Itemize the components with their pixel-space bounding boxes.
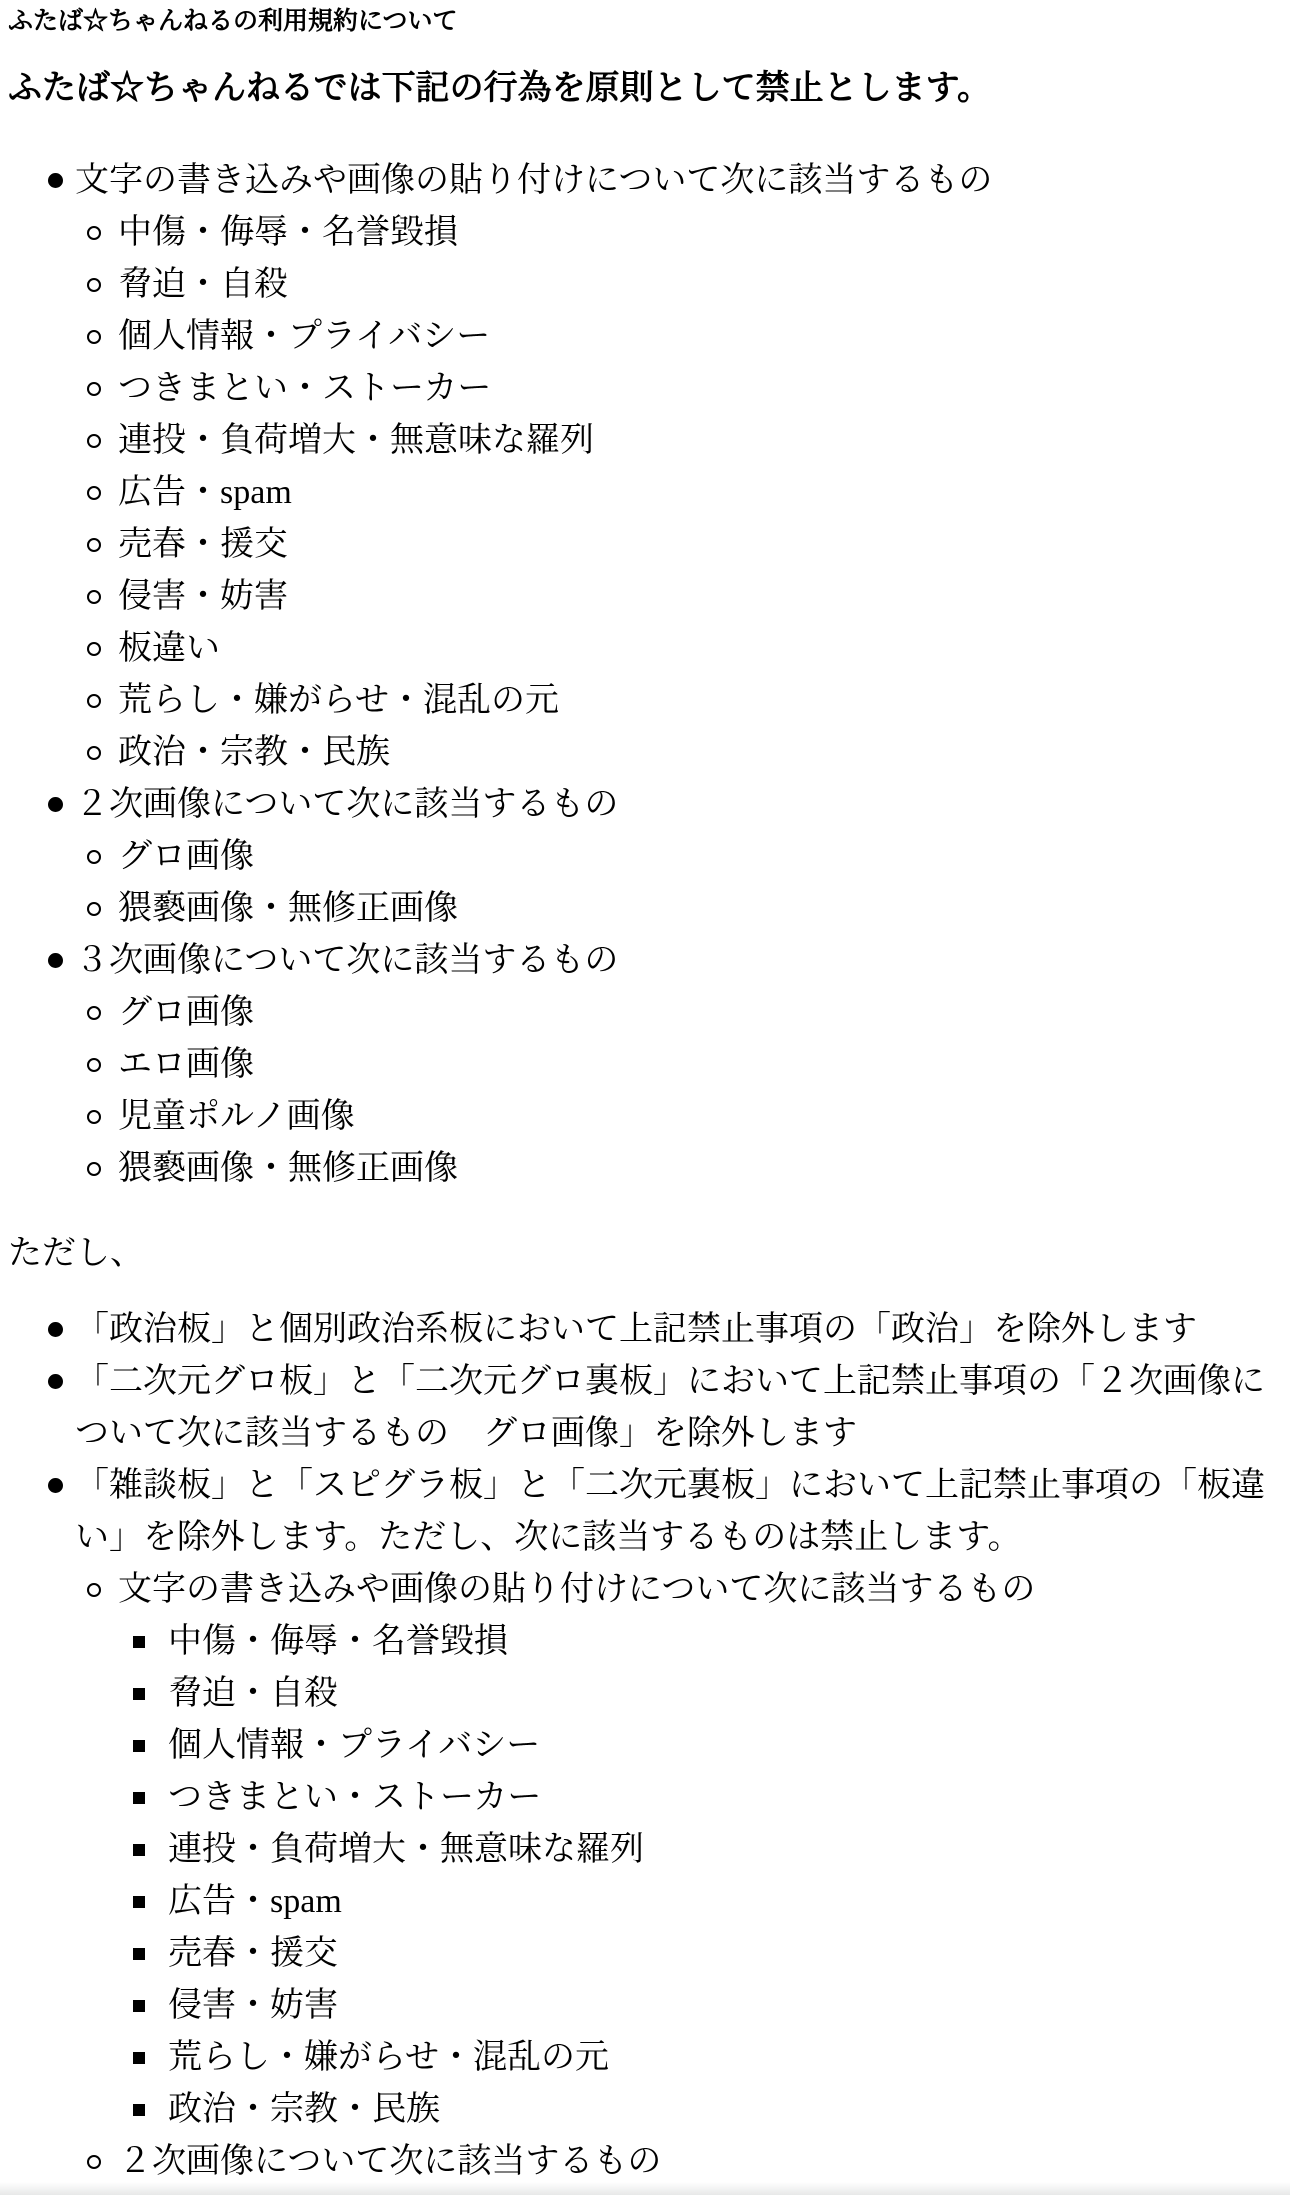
list-item: 文字の書き込みや画像の貼り付けについて次に該当するもの 中傷・侮辱・名誉毀損 脅…	[118, 1564, 1282, 2136]
list-item: グロ画像	[118, 831, 1282, 883]
list-item: 「雑談板」と「スピグラ板」と「二次元裏板」において上記禁止事項の「板違い」を除外…	[75, 1460, 1282, 2188]
list-item: 売春・援交	[168, 1928, 1282, 1980]
list-item: 中傷・侮辱・名誉毀損	[168, 1616, 1282, 1668]
interlude-text: ただし、	[8, 1228, 1282, 1280]
sanji-image-sublist: グロ画像 エロ画像 児童ポルノ画像 猥褻画像・無修正画像	[75, 987, 1282, 1195]
text-image-sublist: 中傷・侮辱・名誉毀損 脅迫・自殺 個人情報・プライバシー つきまとい・ストーカー…	[75, 207, 1282, 779]
list-item: 「二次元グロ板」と「二次元グロ裏板」において上記禁止事項の「２次画像について次に…	[75, 1356, 1282, 1460]
list-item: グロ画像	[118, 987, 1282, 1039]
list-item: 中傷・侮辱・名誉毀損	[118, 207, 1282, 259]
list-item: 政治・宗教・民族	[168, 2084, 1282, 2136]
list-item: 連投・負荷増大・無意味な羅列	[168, 1824, 1282, 1876]
exceptions-list: 「政治板」と個別政治系板において上記禁止事項の「政治」を除外します 「二次元グロ…	[8, 1304, 1282, 2188]
list-item: 板違い	[118, 623, 1282, 675]
list-item-text: 文字の書き込みや画像の貼り付けについて次に該当するもの	[118, 1571, 1035, 1608]
list-item: つきまとい・ストーカー	[118, 363, 1282, 415]
list-item: 荒らし・嫌がらせ・混乱の元	[118, 675, 1282, 727]
list-item: 脅迫・自殺	[118, 259, 1282, 311]
list-item: 児童ポルノ画像	[118, 1091, 1282, 1143]
list-item: 猥褻画像・無修正画像	[118, 883, 1282, 935]
list-item: 広告・spam	[168, 1876, 1282, 1928]
list-item: 脅迫・自殺	[168, 1668, 1282, 1720]
list-item: ３次画像について次に該当するもの グロ画像 エロ画像 児童ポルノ画像 猥褻画像・…	[75, 935, 1282, 1195]
exception-text-image-sublist: 中傷・侮辱・名誉毀損 脅迫・自殺 個人情報・プライバシー つきまとい・ストーカー…	[118, 1616, 1282, 2136]
list-item: 侵害・妨害	[168, 1980, 1282, 2032]
page-title: ふたば☆ちゃんねるの利用規約について	[8, 4, 1282, 40]
list-item: 政治・宗教・民族	[118, 727, 1282, 779]
list-item: 連投・負荷増大・無意味な羅列	[118, 415, 1282, 467]
list-item-text: ２次画像について次に該当するもの	[75, 786, 618, 823]
list-item: 侵害・妨害	[118, 571, 1282, 623]
list-item: 荒らし・嫌がらせ・混乱の元	[168, 2032, 1282, 2084]
terms-page: ふたば☆ちゃんねるの利用規約について ふたば☆ちゃんねるでは下記の行為を原則とし…	[0, 0, 1290, 2195]
list-item: 個人情報・プライバシー	[168, 1720, 1282, 1772]
list-item: 猥褻画像・無修正画像	[118, 1143, 1282, 1195]
list-item: つきまとい・ストーカー	[168, 1772, 1282, 1824]
list-item-text: ３次画像について次に該当するもの	[75, 942, 618, 979]
list-item: 「政治板」と個別政治系板において上記禁止事項の「政治」を除外します	[75, 1304, 1282, 1356]
prohibited-actions-list: 文字の書き込みや画像の貼り付けについて次に該当するもの 中傷・侮辱・名誉毀損 脅…	[8, 155, 1282, 1195]
exception-sublist: 文字の書き込みや画像の貼り付けについて次に該当するもの 中傷・侮辱・名誉毀損 脅…	[75, 1564, 1282, 2188]
list-item: エロ画像	[118, 1039, 1282, 1091]
list-item: ２次画像について次に該当するもの グロ画像 猥褻画像・無修正画像	[75, 779, 1282, 935]
list-item: 広告・spam	[118, 467, 1282, 519]
list-item: 売春・援交	[118, 519, 1282, 571]
list-item-text: 「雑談板」と「スピグラ板」と「二次元裏板」において上記禁止事項の「板違い」を除外…	[75, 1467, 1265, 1556]
main-heading: ふたば☆ちゃんねるでは下記の行為を原則として禁止とします。	[8, 66, 1282, 112]
list-item: 文字の書き込みや画像の貼り付けについて次に該当するもの 中傷・侮辱・名誉毀損 脅…	[75, 155, 1282, 779]
list-item: 個人情報・プライバシー	[118, 311, 1282, 363]
niji-image-sublist: グロ画像 猥褻画像・無修正画像	[75, 831, 1282, 935]
list-item-text: 文字の書き込みや画像の貼り付けについて次に該当するもの	[75, 162, 992, 199]
list-item: ２次画像について次に該当するもの	[118, 2136, 1282, 2188]
